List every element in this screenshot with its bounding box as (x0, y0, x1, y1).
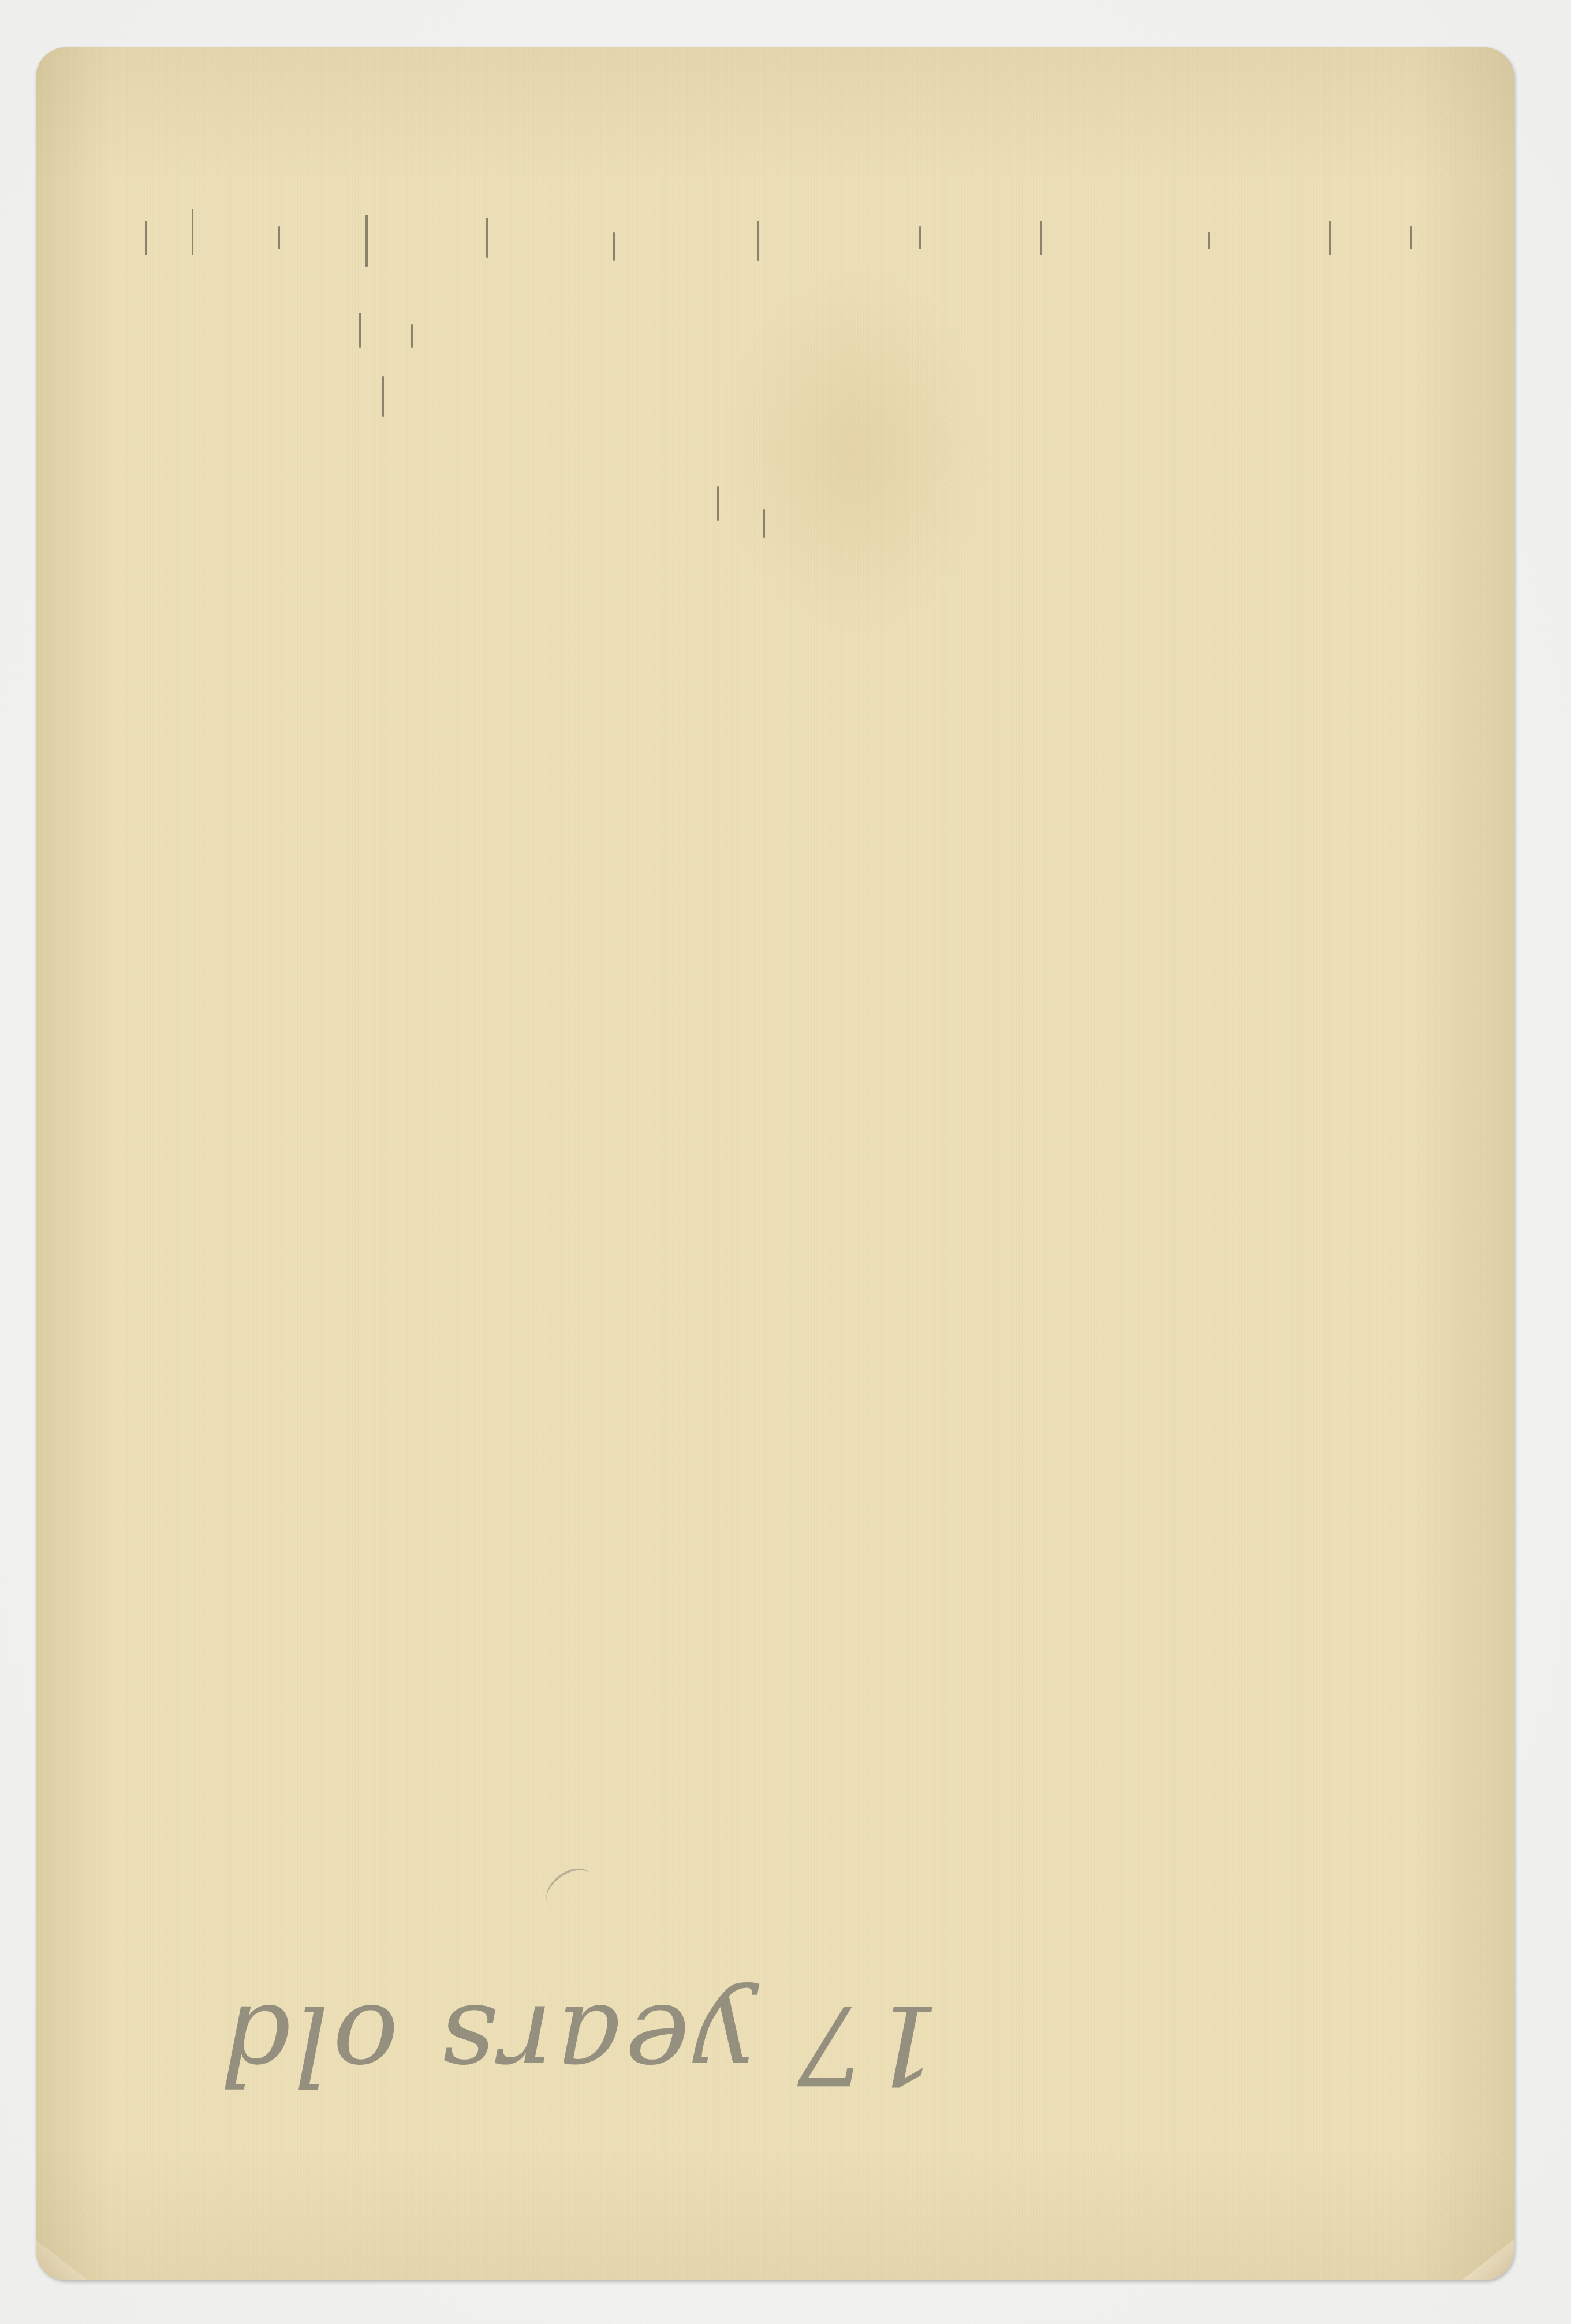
faded-imprint-specks (140, 209, 1468, 555)
photo-card-back: 17 years old (36, 47, 1514, 2280)
handwritten-age-note: 17 years old (226, 1970, 931, 2120)
pencil-tick-mark (539, 1862, 602, 1918)
